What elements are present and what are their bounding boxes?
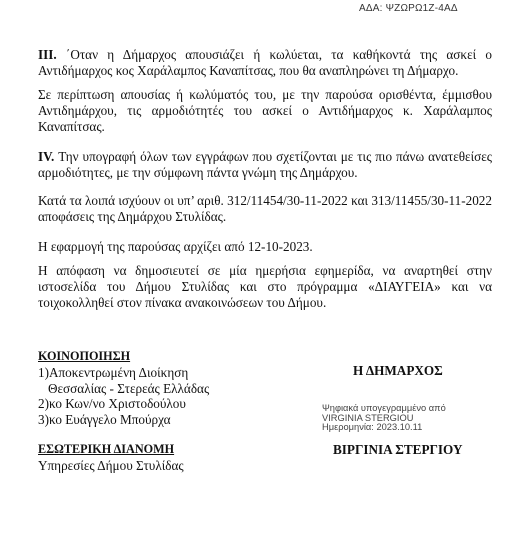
paragraph-publication: Η απόφαση να δημοσιευτεί σε μία ημερήσια… (38, 263, 492, 311)
stamp-date: Ημερομηνία: 2023.10.11 (322, 423, 446, 433)
signature-title: Η ΔΗΜΑΡΧΟΣ (353, 363, 443, 379)
paragraph-text: ΄Οταν η Δήμαρχος απουσιάζει ή κωλύεται, … (38, 47, 492, 78)
paragraph-text: Η απόφαση να δημοσιευτεί σε μία ημερήσια… (38, 263, 492, 310)
notification-heading: ΚΟΙΝΟΠΟΙΗΣΗ (38, 349, 209, 365)
paragraph-other-decisions: Κατά τα λοιπά ισχύουν οι υπ’ αριθ. 312/1… (38, 193, 492, 225)
paragraph-text: Σε περίπτωση απουσίας ή κωλύματός του, μ… (38, 87, 492, 134)
notification-item: Θεσσαλίας - Στερεάς Ελλάδας (38, 381, 209, 397)
notification-item: 2)κο Κων/νο Χριστοδούλου (38, 396, 209, 412)
ada-code: ΑΔΑ: ΨΖΩΡΩ1Ζ-4ΑΔ (359, 3, 458, 14)
internal-distribution-heading: ΕΣΩΤΕΡΙΚΗ ΔΙΑΝΟΜΗ (38, 442, 184, 458)
internal-distribution-item: Υπηρεσίες Δήμου Στυλίδας (38, 458, 184, 474)
notification-item: 1)Αποκεντρωμένη Διοίκηση (38, 365, 209, 381)
internal-distribution-block: ΕΣΩΤΕΡΙΚΗ ΔΙΑΝΟΜΗ Υπηρεσίες Δήμου Στυλίδ… (38, 442, 184, 474)
notification-item: 3)κο Ευάγγελο Μπούρχα (38, 412, 209, 428)
paragraph-marker: IV. (38, 149, 54, 164)
digital-signature-stamp: Ψηφιακά υπογεγραμμένο από VIRGINIA STERG… (322, 404, 446, 433)
paragraph-iv: IV. Την υπογραφή όλων των εγγράφων που σ… (38, 149, 492, 181)
paragraph-text: Η εφαρμογή της παρούσας αρχίζει από 12-1… (38, 239, 313, 254)
paragraph-text: Την υπογραφή όλων των εγγράφων που σχετί… (38, 149, 492, 180)
paragraph-marker: III. (38, 47, 57, 62)
paragraph-text: Κατά τα λοιπά ισχύουν οι υπ’ αριθ. 312/1… (38, 193, 492, 224)
notification-block: ΚΟΙΝΟΠΟΙΗΣΗ 1)Αποκεντρωμένη Διοίκηση Θεσ… (38, 349, 209, 428)
paragraph-effective-date: Η εφαρμογή της παρούσας αρχίζει από 12-1… (38, 239, 492, 255)
paragraph-iii: III. ΄Οταν η Δήμαρχος απουσιάζει ή κωλύε… (38, 47, 492, 79)
paragraph-substitute: Σε περίπτωση απουσίας ή κωλύματός του, μ… (38, 87, 492, 135)
signature-name: ΒΙΡΓΙΝΙΑ ΣΤΕΡΓΙΟΥ (333, 442, 463, 458)
